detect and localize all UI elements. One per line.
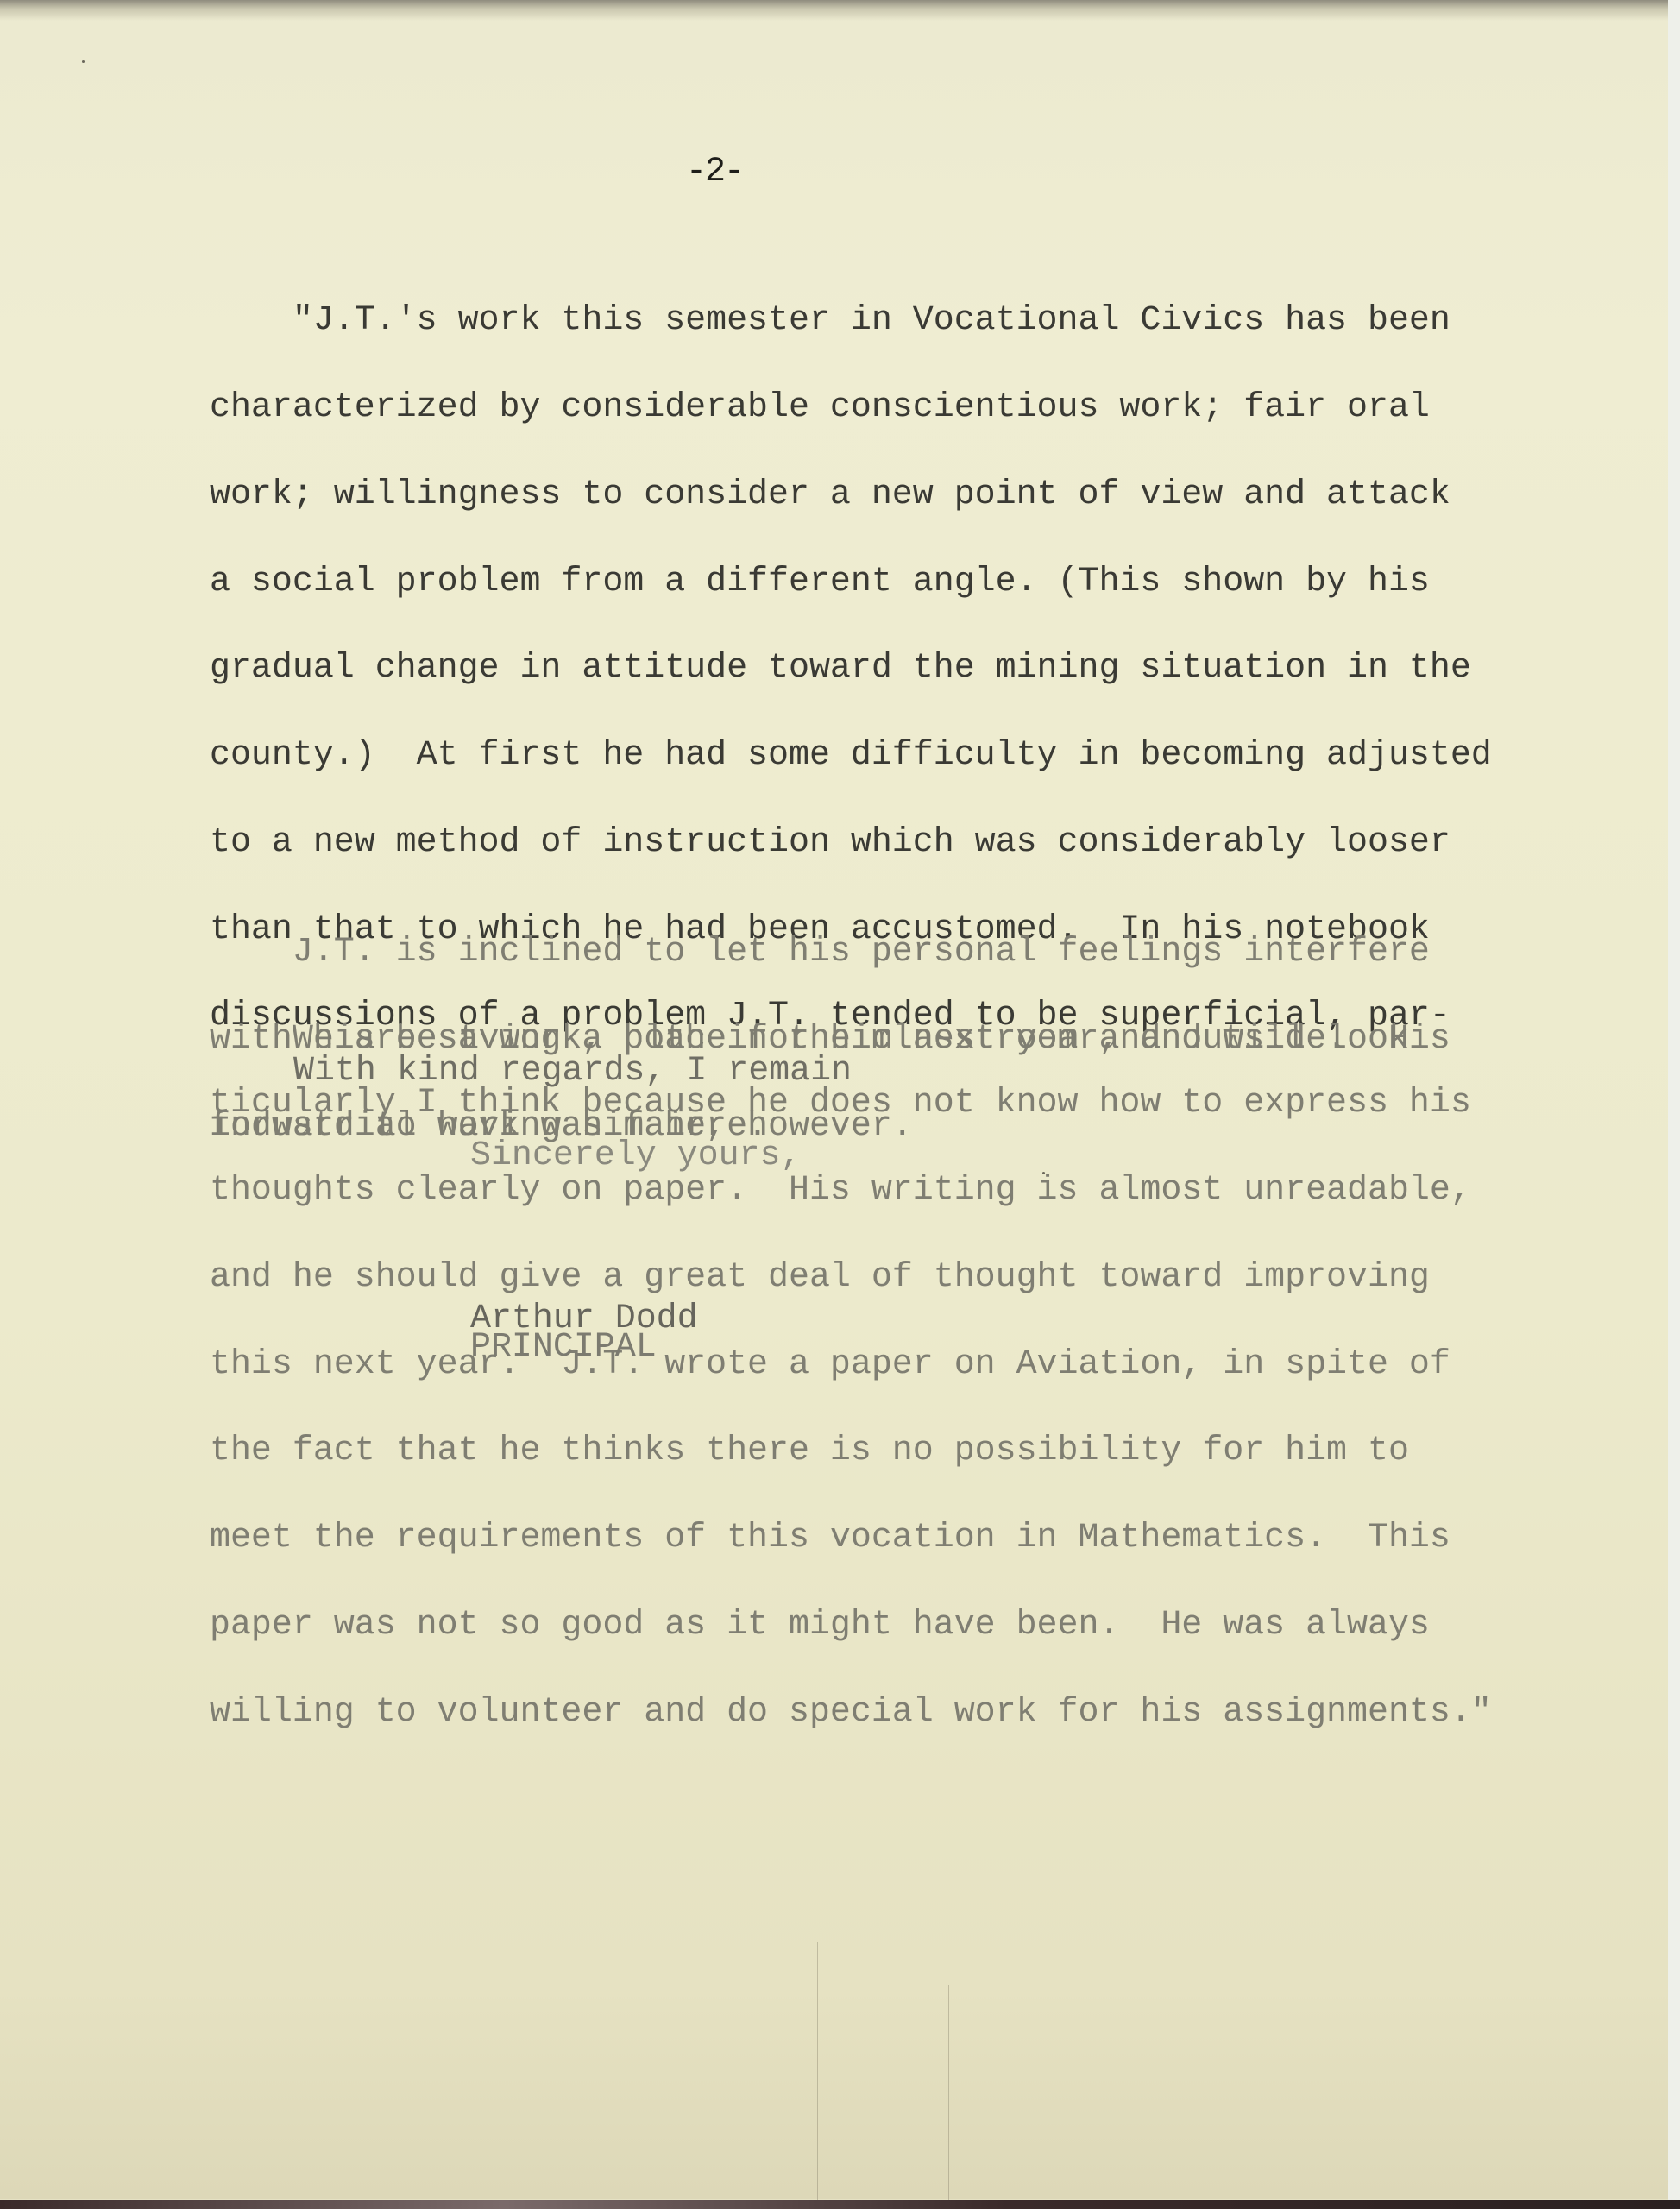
scan-border-bottom <box>0 2200 1680 2209</box>
text-line: a social problem from a different angle.… <box>210 568 1492 597</box>
paper-crease <box>817 1942 818 2200</box>
text-line: paper was not so good as it might have b… <box>210 1611 1492 1640</box>
text-line: county.) At first he had some difficulty… <box>210 741 1492 771</box>
signoff: Sincerely yours, <box>470 1142 801 1171</box>
text-line: gradual change in attitude toward the mi… <box>210 654 1492 683</box>
text-line: willing to volunteer and do special work… <box>210 1698 1492 1728</box>
text-line: "J.T.'s work this semester in Vocational… <box>210 306 1492 336</box>
text-line: and he should give a great deal of thoug… <box>210 1263 1492 1293</box>
text-line: characterized by considerable conscienti… <box>210 393 1492 423</box>
signature-title: PRINCIPAL <box>470 1333 657 1363</box>
paper-crease <box>948 1985 949 2200</box>
text-line: the fact that he thinks there is no poss… <box>210 1437 1492 1466</box>
closing-line: With kind regards, I remain <box>293 1057 852 1086</box>
letter-page: -2- "J.T.'s work this semester in Vocati… <box>0 0 1670 2199</box>
text-line: J.T. is inclined to let his personal fee… <box>210 938 1450 967</box>
text-line: meet the requirements of this vocation i… <box>210 1524 1492 1553</box>
text-line: to a new method of instruction which was… <box>210 828 1492 858</box>
page-number: -2- <box>686 154 743 192</box>
speck <box>82 60 85 63</box>
paper-crease <box>607 1898 607 2200</box>
scan-border-right <box>1668 0 1680 2209</box>
text-line: forward to having him here. <box>210 1112 1409 1142</box>
text-line: this next year. J.T. wrote a paper on Av… <box>210 1350 1492 1380</box>
text-line: We are saving a place for him next year,… <box>210 1025 1409 1054</box>
text-line: work; willingness to consider a new poin… <box>210 481 1492 510</box>
